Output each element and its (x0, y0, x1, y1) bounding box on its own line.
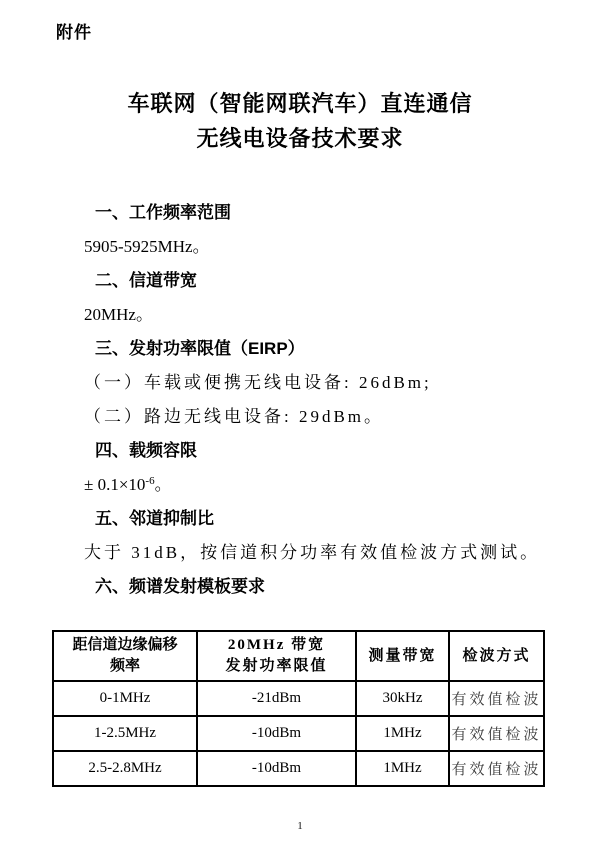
cell-offset: 2.5-2.8MHz (53, 751, 197, 786)
table-header-row: 距信道边缘偏移 频率 20MHz 带宽 发射功率限值 测量带宽 检波方式 (53, 631, 544, 681)
paragraph-roadside-limit: （二）路边无线电设备: 29dBm。 (0, 400, 600, 434)
paragraph-carrier-frequency-tolerance: ± 0.1×10-6。 (0, 468, 600, 502)
paragraph-adjacent-channel-rejection: 大于 31dB，按信道积分功率有效值检波方式测试。 (0, 536, 600, 570)
spectrum-mask-table: 距信道边缘偏移 频率 20MHz 带宽 发射功率限值 测量带宽 检波方式 0-1… (52, 630, 545, 787)
column-header-power-limit: 20MHz 带宽 发射功率限值 (197, 631, 356, 681)
cell-detection: 有效值检波 (449, 751, 544, 786)
table-row: 0-1MHz -21dBm 30kHz 有效值检波 (53, 681, 544, 716)
cell-bandwidth: 1MHz (356, 716, 449, 751)
section-heading-adjacent-channel-rejection: 五、邻道抑制比 (0, 502, 600, 536)
cell-bandwidth: 1MHz (356, 751, 449, 786)
section-heading-channel-bandwidth: 二、信道带宽 (0, 264, 600, 298)
column-header-detection-mode: 检波方式 (449, 631, 544, 681)
tolerance-base: ± 0.1×10 (84, 475, 145, 494)
cell-detection: 有效值检波 (449, 681, 544, 716)
section-heading-carrier-frequency-tolerance: 四、载频容限 (0, 434, 600, 468)
column-header-offset-frequency: 距信道边缘偏移 频率 (53, 631, 197, 681)
document-body: 一、工作频率范围 5905-5925MHz。 二、信道带宽 20MHz。 三、发… (0, 196, 600, 604)
attachment-label: 附件 (56, 18, 92, 43)
section-heading-transmit-power-limit: 三、发射功率限值（EIRP） (0, 332, 600, 366)
tolerance-period: 。 (155, 475, 172, 494)
cell-limit: -10dBm (197, 716, 356, 751)
cell-offset: 0-1MHz (53, 681, 197, 716)
table-row: 1-2.5MHz -10dBm 1MHz 有效值检波 (53, 716, 544, 751)
document-title-line1: 车联网（智能网联汽车）直连通信 (0, 86, 600, 121)
section-heading-frequency-range: 一、工作频率范围 (0, 196, 600, 230)
tolerance-exponent: -6 (145, 475, 154, 487)
cell-detection: 有效值检波 (449, 716, 544, 751)
document-page: 附件 车联网（智能网联汽车）直连通信 无线电设备技术要求 一、工作频率范围 59… (0, 0, 600, 847)
cell-offset: 1-2.5MHz (53, 716, 197, 751)
cell-bandwidth: 30kHz (356, 681, 449, 716)
document-title-line2: 无线电设备技术要求 (0, 121, 600, 156)
paragraph-vehicle-portable-limit: （一）车载或便携无线电设备: 26dBm; (0, 366, 600, 400)
cell-limit: -21dBm (197, 681, 356, 716)
section-heading-spectrum-emission-mask: 六、频谱发射模板要求 (0, 570, 600, 604)
page-number: 1 (0, 820, 600, 832)
paragraph-channel-bandwidth: 20MHz。 (0, 298, 600, 332)
column-header-measurement-bandwidth: 测量带宽 (356, 631, 449, 681)
paragraph-frequency-range: 5905-5925MHz。 (0, 230, 600, 264)
table-row: 2.5-2.8MHz -10dBm 1MHz 有效值检波 (53, 751, 544, 786)
document-title: 车联网（智能网联汽车）直连通信 无线电设备技术要求 (0, 86, 600, 156)
cell-limit: -10dBm (197, 751, 356, 786)
